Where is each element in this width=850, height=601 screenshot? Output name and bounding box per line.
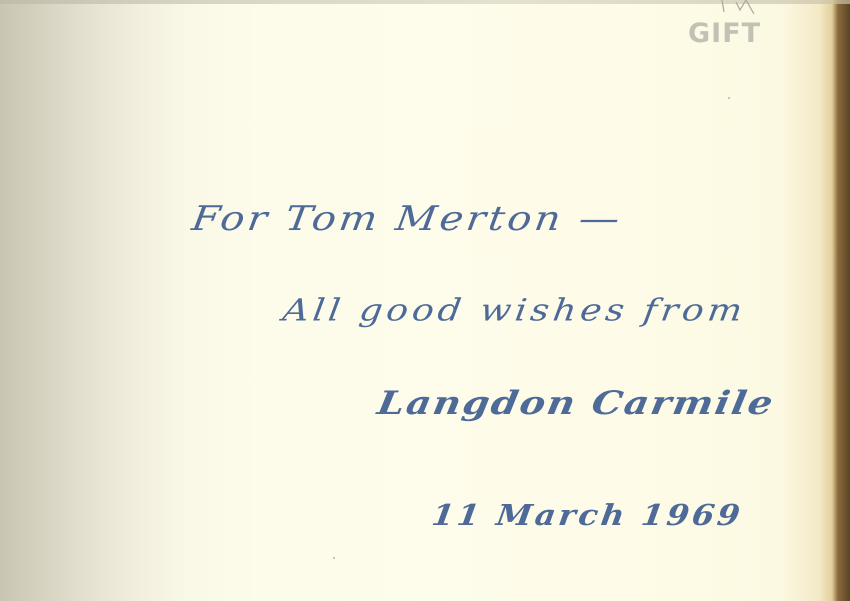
inscription-date: 11 March 1969 [430,498,745,532]
inscription-message: All good wishes from [281,293,749,328]
inscription-signature: Langdon Carmile [375,383,778,421]
book-page: GIFT For Tom Merton — All good wishes fr… [0,0,850,601]
inscription-dedication: For Tom Merton — [189,199,625,238]
stamp-pencil-mark-icon [716,0,766,14]
paper-speck [333,557,335,559]
paper-speck [728,97,730,99]
paper-speck [212,214,214,216]
gift-stamp: GIFT [688,18,761,49]
